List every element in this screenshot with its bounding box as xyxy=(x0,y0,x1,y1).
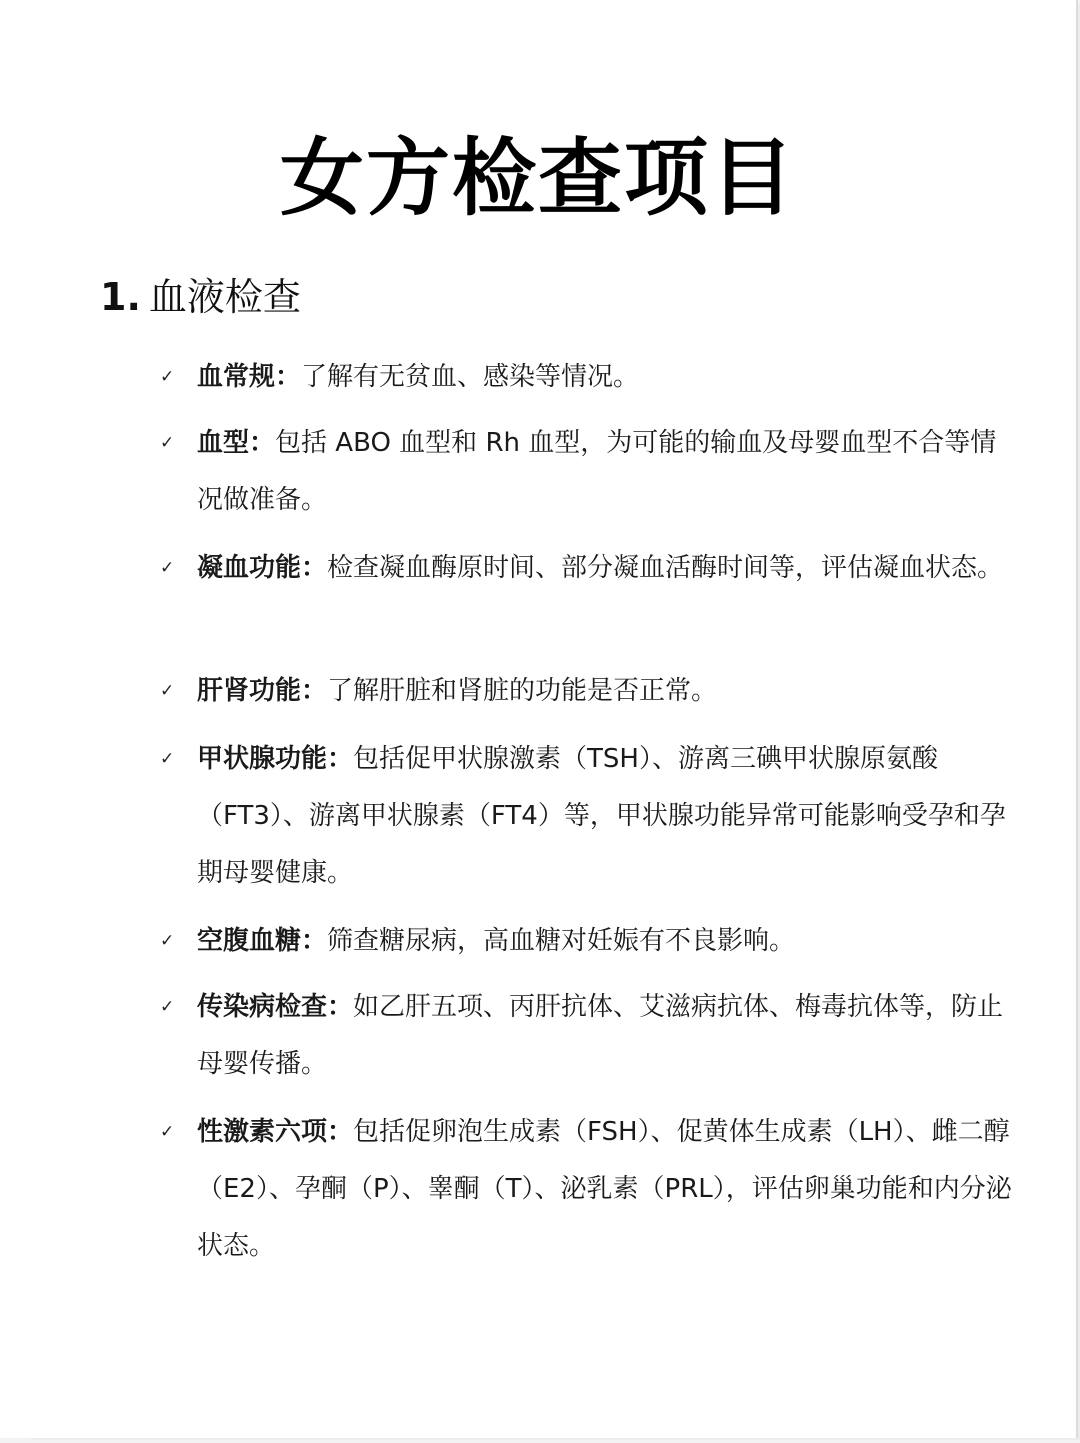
checkmark-icon: ✓ xyxy=(160,1104,190,1161)
section-number: 1. xyxy=(100,275,141,319)
item-text: 检查凝血酶原时间、部分凝血活酶时间等，评估凝血状态。 xyxy=(327,553,1003,583)
item-text: 了解肝脏和肾脏的功能是否正常。 xyxy=(327,676,717,706)
item-label: 凝血功能： xyxy=(197,553,327,583)
item-text: 筛查糖尿病，高血糖对妊娠有不良影响。 xyxy=(327,926,795,956)
section-heading: 1.血液检查 xyxy=(100,272,301,322)
list-item: ✓ 甲状腺功能：包括促甲状腺激素（TSH）、游离三碘甲状腺原氨酸（FT3）、游离… xyxy=(160,731,1020,902)
list-item: ✓ 血常规：了解有无贫血、感染等情况。 xyxy=(160,349,1020,406)
checkmark-icon: ✓ xyxy=(160,415,190,472)
list-item: ✓ 凝血功能：检查凝血酶原时间、部分凝血活酶时间等，评估凝血状态。 xyxy=(160,540,1020,597)
item-text: 包括 ABO 血型和 Rh 血型，为可能的输血及母婴血型不合等情况做准备。 xyxy=(197,428,996,515)
list-item: ✓ 传染病检查：如乙肝五项、丙肝抗体、艾滋病抗体、梅毒抗体等，防止母婴传播。 xyxy=(160,979,1020,1093)
checkmark-icon: ✓ xyxy=(160,913,190,970)
list-item: ✓ 肝肾功能：了解肝脏和肾脏的功能是否正常。 xyxy=(160,663,1020,720)
checkmark-icon: ✓ xyxy=(160,731,190,788)
item-label: 传染病检查： xyxy=(197,992,353,1022)
document-page: 女方检查项目 1.血液检查 ✓ 血常规：了解有无贫血、感染等情况。 ✓ 血型：包… xyxy=(0,0,1078,1438)
item-label: 性激素六项： xyxy=(197,1117,353,1147)
item-label: 血型： xyxy=(197,428,275,458)
item-label: 血常规： xyxy=(197,362,301,392)
checkmark-icon: ✓ xyxy=(160,663,190,720)
list-item: ✓ 性激素六项：包括促卵泡生成素（FSH）、促黄体生成素（LH）、雌二醇（E2）… xyxy=(160,1104,1020,1275)
page-title: 女方检查项目 xyxy=(0,128,1076,228)
item-label: 甲状腺功能： xyxy=(197,744,353,774)
checkmark-icon: ✓ xyxy=(160,979,190,1036)
item-text: 了解有无贫血、感染等情况。 xyxy=(301,362,639,392)
item-label: 肝肾功能： xyxy=(197,676,327,706)
checkmark-icon: ✓ xyxy=(160,349,190,406)
item-label: 空腹血糖： xyxy=(197,926,327,956)
section-title: 血液检查 xyxy=(149,275,301,319)
list-item: ✓ 空腹血糖：筛查糖尿病，高血糖对妊娠有不良影响。 xyxy=(160,913,1020,970)
checkmark-icon: ✓ xyxy=(160,540,190,597)
list-item: ✓ 血型：包括 ABO 血型和 Rh 血型，为可能的输血及母婴血型不合等情况做准… xyxy=(160,415,1020,529)
